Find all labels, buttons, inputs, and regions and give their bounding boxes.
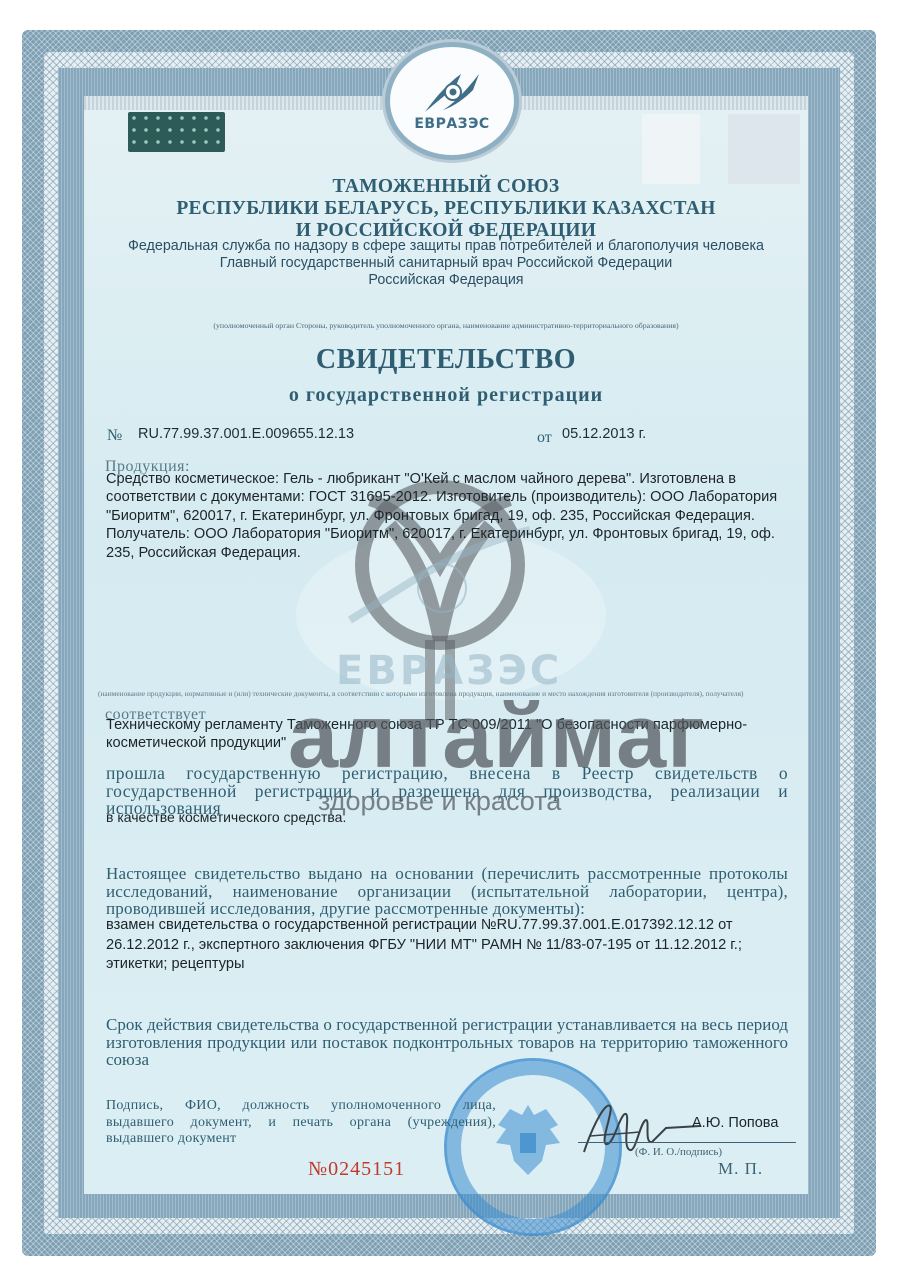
hologram-security-sticker: [128, 112, 225, 152]
certificate-date: 05.12.2013 г.: [562, 426, 646, 442]
agency-line: Федеральная служба по надзору в сфере за…: [84, 238, 808, 255]
customs-union-heading: ТАМОЖЕННЫЙ СОЮЗ РЕСПУБЛИКИ БЕЛАРУСЬ, РЕС…: [84, 176, 808, 242]
number-label: №: [107, 427, 122, 445]
watermark-brand: алтаймаг: [288, 692, 706, 782]
product-description: Средство косметическое: Гель - любрикант…: [106, 470, 806, 562]
product-line: Получатель: ООО Лаборатория "Биоритм", 6…: [106, 525, 806, 543]
signature-caption: (Ф. И. О./подпись): [635, 1146, 722, 1158]
signature-line: [578, 1142, 796, 1143]
document-title: СВИДЕТЕЛЬСТВО: [84, 344, 808, 376]
double-headed-eagle-icon: [488, 1095, 568, 1185]
watermark-slogan: здоровье и красота: [318, 788, 561, 815]
agency-block: Федеральная служба по надзору в сфере за…: [84, 238, 808, 289]
validity-statement: Срок действия свидетельства о государств…: [106, 1016, 788, 1069]
eurasec-logo-icon: [421, 70, 483, 114]
product-line: "Биоритм", 620017, г. Екатеринбург, ул. …: [106, 507, 806, 525]
agency-line: Российская Федерация: [84, 272, 808, 289]
signer-name: А.Ю. Попова: [692, 1115, 778, 1131]
basis-line: этикетки; рецептуры: [106, 955, 806, 975]
eurasec-emblem: ЕВРАЗЭС: [385, 42, 519, 160]
product-line: 235, Российская Федерация.: [106, 544, 806, 562]
basis-documents: взамен свидетельства о государственной р…: [106, 916, 806, 975]
product-line: Средство косметическое: Гель - любрикант…: [106, 470, 806, 488]
product-line: соответствии с документами: ГОСТ 31695-2…: [106, 488, 806, 506]
signature-statement: Подпись, ФИО, должность уполномоченного …: [106, 1098, 496, 1148]
seal-place-label: М. П.: [718, 1159, 763, 1179]
security-field-right: [728, 114, 800, 184]
authority-caption: (уполномоченный орган Стороны, руководит…: [84, 321, 808, 330]
union-line: РЕСПУБЛИКИ БЕЛАРУСЬ, РЕСПУБЛИКИ КАЗАХСТА…: [84, 198, 808, 220]
certificate-number: RU.77.99.37.001.E.009655.12.13: [138, 426, 354, 442]
date-label: от: [537, 429, 552, 447]
emblem-label: ЕВРАЗЭС: [414, 116, 489, 132]
basis-line: взамен свидетельства о государственной р…: [106, 916, 806, 936]
agency-line: Главный государственный санитарный врач …: [84, 255, 808, 272]
form-serial-number: №0245151: [308, 1158, 405, 1181]
document-subtitle: о государственной регистрации: [84, 384, 808, 407]
basis-line: 26.12.2012 г., экспертного заключения ФГ…: [106, 936, 806, 956]
security-field-left: [642, 114, 700, 184]
basis-statement: Настоящее свидетельство выдано на основа…: [106, 865, 788, 918]
union-line: ТАМОЖЕННЫЙ СОЮЗ: [84, 176, 808, 198]
